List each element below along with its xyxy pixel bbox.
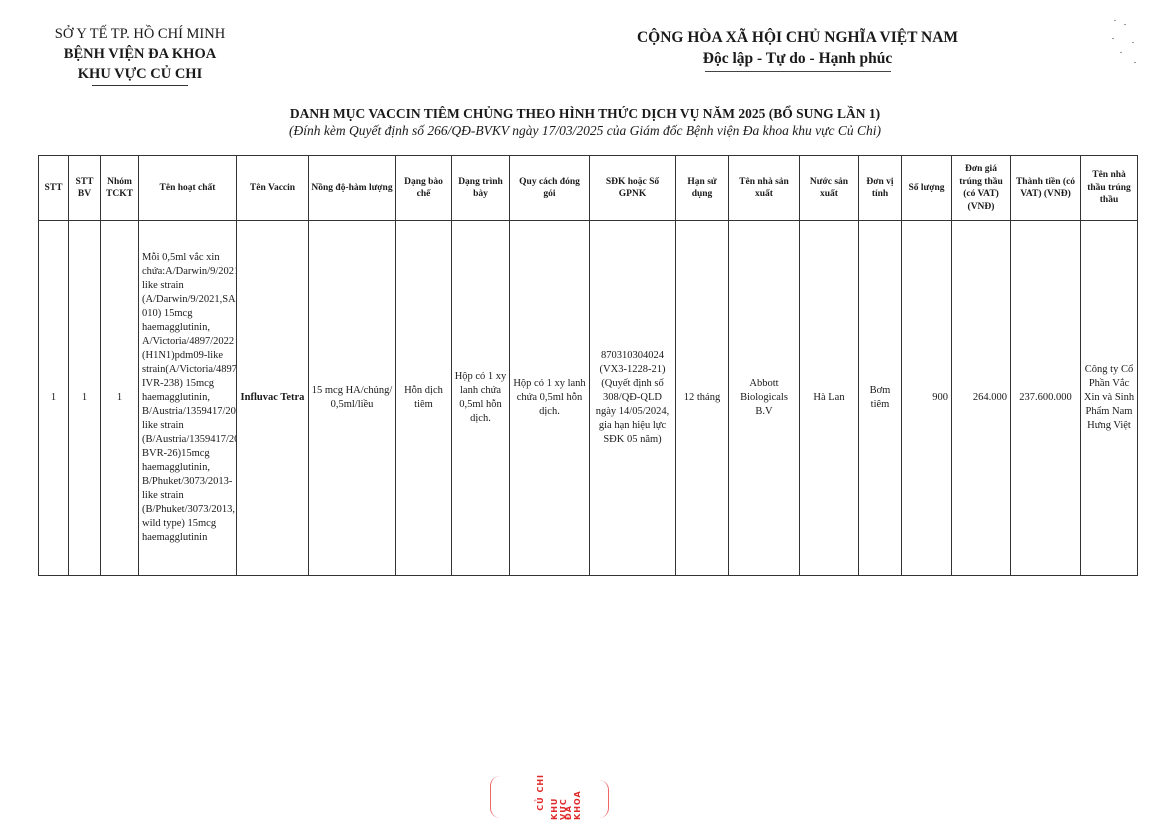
cell-nong-do: 15 mcg HA/chủng/ 0,5ml/liều [309,221,396,576]
stamp-text-line3: CỦ CHI [536,774,545,811]
col-header-thanh-tien: Thành tiền (có VAT) (VNĐ) [1011,156,1081,221]
table-header-row: STT STT BV Nhóm TCKT Tên hoạt chất Tên V… [39,156,1138,221]
header-left-underline [92,85,188,86]
cell-stt-bv: 1 [69,221,101,576]
cell-han-su-dung: 12 tháng [676,221,729,576]
stamp-arc-left [490,776,503,818]
col-header-quy-cach: Quy cách đóng gói [510,156,590,221]
document-title: DANH MỤC VACCIN TIÊM CHỦNG THEO HÌNH THỨ… [0,106,1170,122]
col-header-don-vi-tinh: Đơn vị tính [859,156,902,221]
motto: Độc lập - Tự do - Hạnh phúc [600,48,995,69]
stamp-arc-right [596,780,609,818]
table-row: 1 1 1 Mỗi 0,5ml vắc xin chứa:A/Darwin/9/… [39,221,1138,576]
vaccine-list-table: STT STT BV Nhóm TCKT Tên hoạt chất Tên V… [38,155,1138,576]
stamp-text-line1: ĐA KHOA [564,774,582,820]
cell-ten-hoat-chat: Mỗi 0,5ml vắc xin chứa:A/Darwin/9/2021(H… [139,221,237,576]
col-header-nhom-tckt: Nhóm TCKT [101,156,139,221]
col-header-nha-thau: Tên nhà thầu trúng thầu [1081,156,1138,221]
issuing-agency-block: SỞ Y TẾ TP. HỒ CHÍ MINH BỆNH VIỆN ĐA KHO… [30,24,250,86]
cell-sdk: 870310304024 (VX3-1228-21) (Quyết định s… [590,221,676,576]
col-header-ten-vaccin: Tên Vaccin [237,156,309,221]
cell-nha-san-xuat: Abbott Biologicals B.V [729,221,800,576]
cell-nuoc-san-xuat: Hà Lan [800,221,859,576]
document-subtitle: (Đính kèm Quyết định số 266/QĐ-BVKV ngày… [0,123,1170,139]
official-seal-stamp: CỦ CHI KHU VỰC ĐA KHOA [486,772,616,820]
header-right-underline [705,71,891,72]
agency-name: SỞ Y TẾ TP. HỒ CHÍ MINH [30,24,250,44]
cell-ten-vaccin: Influvac Tetra [237,221,309,576]
col-header-nong-do: Nồng độ-hàm lượng [309,156,396,221]
col-header-han-su-dung: Hạn sử dụng [676,156,729,221]
cell-don-vi-tinh: Bơm tiêm [859,221,902,576]
cell-dang-bao-che: Hỗn dịch tiêm [396,221,452,576]
col-header-dang-bao-che: Dạng bào chế [396,156,452,221]
country-name: CỘNG HÒA XÃ HỘI CHỦ NGHĨA VIỆT NAM [600,27,995,48]
scan-noise [1110,18,1140,68]
col-header-don-gia: Đơn giá trúng thầu (có VAT) (VNĐ) [952,156,1011,221]
cell-thanh-tien: 237.600.000 [1011,221,1081,576]
cell-so-luong: 900 [902,221,952,576]
cell-stt: 1 [39,221,69,576]
col-header-sdk: SĐK hoặc Số GPNK [590,156,676,221]
col-header-stt: STT [39,156,69,221]
cell-nhom-tckt: 1 [101,221,139,576]
cell-dang-trinh-bay: Hộp có 1 xy lanh chứa 0,5ml hỗn dịch. [452,221,510,576]
cell-don-gia: 264.000 [952,221,1011,576]
cell-quy-cach: Hộp có 1 xy lanh chứa 0,5ml hỗn dịch. [510,221,590,576]
col-header-dang-trinh-bay: Dạng trình bày [452,156,510,221]
hospital-name-line1: BỆNH VIỆN ĐA KHOA [30,44,250,64]
cell-nha-thau: Công ty Cổ Phần Vắc Xin và Sinh Phẩm Nam… [1081,221,1138,576]
hospital-name-line2: KHU VỰC CỦ CHI [30,64,250,84]
col-header-so-luong: Số lượng [902,156,952,221]
col-header-ten-hoat-chat: Tên hoạt chất [139,156,237,221]
col-header-stt-bv: STT BV [69,156,101,221]
col-header-nuoc-san-xuat: Nước sản xuất [800,156,859,221]
col-header-nha-san-xuat: Tên nhà sản xuất [729,156,800,221]
national-motto-block: CỘNG HÒA XÃ HỘI CHỦ NGHĨA VIỆT NAM Độc l… [600,27,995,72]
